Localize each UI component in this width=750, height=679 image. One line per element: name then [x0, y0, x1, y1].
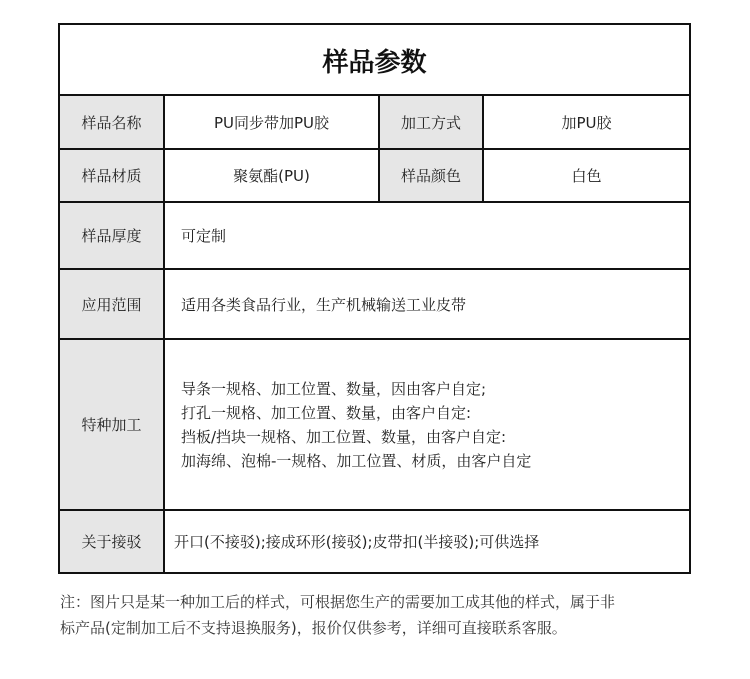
- divider: [163, 94, 165, 572]
- footnote-line: 标产品(定制加工后不支持退换服务)，报价仅供参考，详细可直接联系客服。: [60, 615, 700, 641]
- label-sample-material: 样品材质: [60, 150, 163, 201]
- value-sample-name: PU同步带加PU胶: [165, 96, 378, 148]
- special-line: 加海绵、泡棉-一规格、加工位置、材质，由客户自定: [181, 449, 531, 473]
- divider: [482, 94, 484, 203]
- value-sample-material: 聚氨酯(PU): [165, 150, 378, 201]
- footnote-line: 注：图片只是某一种加工后的样式，可根据您生产的需要加工成其他的样式，属于非: [60, 589, 700, 615]
- divider: [60, 268, 689, 270]
- label-sample-color: 样品颜色: [380, 150, 482, 201]
- divider: [60, 148, 689, 150]
- label-special-processing: 特种加工: [60, 340, 163, 509]
- label-application-scope: 应用范围: [60, 270, 163, 338]
- table-title: 样品参数: [60, 25, 689, 95]
- label-process-method: 加工方式: [380, 96, 482, 148]
- value-application-scope: 适用各类食品行业，生产机械输送工业皮带: [165, 270, 689, 338]
- divider: [60, 509, 689, 511]
- label-sample-thickness: 样品厚度: [60, 203, 163, 268]
- value-joint: 开口(不接驳);接成环形(接驳);皮带扣(半接驳);可供选择: [165, 511, 689, 572]
- label-sample-name: 样品名称: [60, 96, 163, 148]
- special-line: 导条一规格、加工位置、数量，因由客户自定;: [181, 377, 486, 401]
- value-process-method: 加PU胶: [484, 96, 689, 148]
- special-line: 挡板/挡块一规格、加工位置、数量，由客户自定:: [181, 425, 506, 449]
- sample-parameters-table: 样品参数 样品名称 PU同步带加PU胶 加工方式 加PU胶 样品材质 聚氨酯(P…: [58, 23, 691, 574]
- special-line: 打孔一规格、加工位置、数量，由客户自定:: [181, 401, 471, 425]
- value-sample-color: 白色: [484, 150, 689, 201]
- value-special-processing: 导条一规格、加工位置、数量，因由客户自定; 打孔一规格、加工位置、数量，由客户自…: [165, 340, 689, 509]
- divider: [60, 338, 689, 340]
- value-sample-thickness: 可定制: [165, 203, 689, 268]
- footnote: 注：图片只是某一种加工后的样式，可根据您生产的需要加工成其他的样式，属于非 标产…: [60, 589, 700, 641]
- divider: [60, 201, 689, 203]
- divider: [378, 94, 380, 203]
- label-joint: 关于接驳: [60, 511, 163, 572]
- divider: [60, 94, 689, 96]
